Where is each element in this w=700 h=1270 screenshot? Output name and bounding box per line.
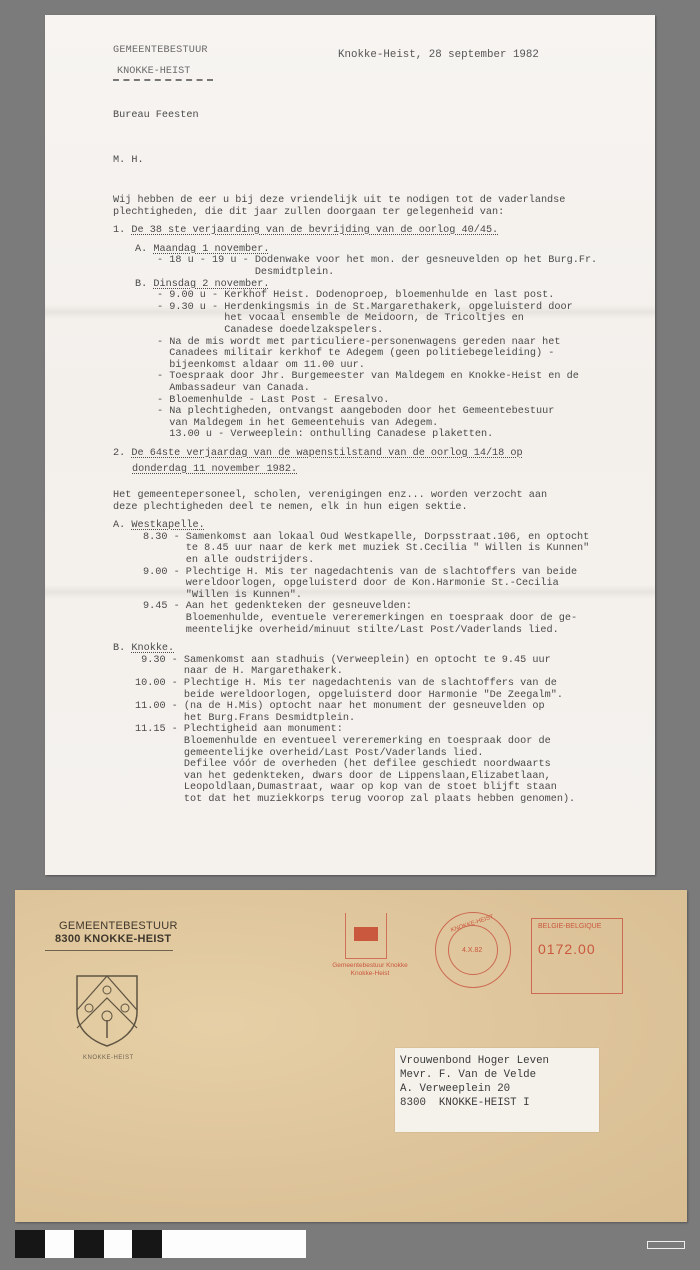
knokke-heading: B. Knokke.	[113, 643, 648, 655]
color-scale-black	[15, 1230, 45, 1258]
sender-rule	[45, 950, 173, 951]
envelope-sender: GEMEENTEBESTUUR 8300 KNOKKE-HEIST	[55, 920, 178, 946]
section-1-heading: 1. De 38 ste verjaarding van de bevrijdi…	[113, 225, 648, 237]
intro-paragraph: Wij hebben de eer u bij deze vriendelijk…	[113, 195, 648, 218]
text-line: van het gedenkteken, dwars door de Lippe…	[135, 771, 648, 783]
section-1-title: De 38 ste verjaarding van de bevrijding …	[131, 225, 498, 236]
color-scale-black	[74, 1230, 104, 1258]
part-b-lines: - 9.00 u - Kerkhof Heist. Dodenoproep, b…	[113, 290, 648, 441]
letterhead-city: KNOKKE-HEIST	[117, 66, 190, 78]
letter-body: Wij hebben de eer u bij deze vriendelijk…	[113, 195, 648, 806]
section-2-date: donderdag 11 november 1982.	[132, 464, 297, 475]
text-line: meentelijke overheid/minuut stilte/Last …	[143, 625, 648, 637]
text-line: Bloemenhulde en eventueel vereremerking …	[135, 736, 648, 748]
text-line: Canadese doedelzakspelers.	[157, 325, 648, 337]
text-line: Canadees militair kerkhof te Adegem (gee…	[157, 348, 648, 360]
text-line: 10.00 - Plechtige H. Mis ter nagedachten…	[135, 678, 648, 690]
address-label: Vrouwenbond Hoger Leven Mevr. F. Van de …	[395, 1048, 599, 1132]
text-line: Ambassadeur van Canada.	[157, 383, 648, 395]
text-line: Desmidtplein.	[157, 267, 648, 279]
text-line: beide wereldoorlogen, opgeluisterd door …	[135, 690, 648, 702]
text-line: Leopoldlaan,Dumastraat, waar op kop van …	[135, 782, 648, 794]
westkapelle-lines: 8.30 - Samenkomst aan lokaal Oud Westkap…	[113, 532, 648, 636]
crest-caption: KNOKKE-HEIST	[83, 1055, 134, 1061]
part-b-heading: B. Dinsdag 2 november.	[113, 279, 648, 291]
text-line: 9.00 - Plechtige H. Mis ter nagedachteni…	[143, 567, 648, 579]
text-line: te 8.45 uur naar de kerk met muziek St.C…	[143, 543, 648, 555]
text-line: "Willen is Kunnen".	[143, 590, 648, 602]
text-line: en alle oudstrijders.	[143, 555, 648, 567]
text-line: van Maldegem in het Gemeentehuis van Ade…	[157, 418, 648, 430]
color-scale-white	[104, 1230, 132, 1258]
letterhead-org: GEMEENTEBESTUUR	[113, 45, 208, 57]
salutation: M. H.	[113, 155, 144, 167]
franking-meter: BELGIE-BELGIQUE 0172.00	[531, 918, 623, 994]
text-line: 13.00 u - Verweeplein: onthulling Canade…	[157, 429, 648, 441]
text-line: 9.30 - Samenkomst aan stadhuis (Verweepl…	[135, 655, 648, 667]
text-line: 11.00 - (na de H.Mis) optocht naar het m…	[135, 701, 648, 713]
westkapelle-heading: A. Westkapelle.	[113, 520, 648, 532]
letter-page: GEMEENTEBESTUUR KNOKKE-HEIST Knokke-Heis…	[45, 15, 655, 875]
part-a-lines: - 18 u - 19 u - Dodenwake voor het mon. …	[113, 255, 648, 278]
coat-of-arms-icon	[73, 970, 141, 1050]
text-line: - 18 u - 19 u - Dodenwake voor het mon. …	[157, 255, 648, 267]
text-line: wereldoorlogen, opgeluisterd door de Kon…	[143, 578, 648, 590]
envelope: GEMEENTEBESTUUR 8300 KNOKKE-HEIST KNOKKE…	[15, 890, 687, 1222]
color-scale-white	[45, 1230, 74, 1258]
text-line: het Burg.Frans Desmidtplein.	[135, 713, 648, 725]
text-line: het vocaal ensemble de Meidoorn, de Tric…	[157, 313, 648, 325]
text-line: Bloemenhulde, eventuele vereremerkingen …	[143, 613, 648, 625]
sender-logo-icon	[345, 913, 387, 959]
text-line: 9.45 - Aan het gedenkteken der gesneuvel…	[143, 601, 648, 613]
text-line: gemeentelijke overheid/Last Post/Vaderla…	[135, 748, 648, 760]
color-scale-white	[162, 1230, 306, 1258]
department: Bureau Feesten	[113, 110, 199, 122]
color-scale-black	[132, 1230, 162, 1258]
text-line: - 9.30 u - Herdenkingsmis in de St.Marga…	[157, 302, 648, 314]
text-line: - 9.00 u - Kerkhof Heist. Dodenoproep, b…	[157, 290, 648, 302]
text-line: 11.15 - Plechtigheid aan monument:	[135, 724, 648, 736]
logo-text: Gemeentebestuur Knokke Knokke-Heist	[330, 962, 410, 978]
text-line: tot dat het muziekkorps terug voorop zal…	[135, 794, 648, 806]
letter-date: Knokke-Heist, 28 september 1982	[338, 50, 539, 62]
knokke-lines: 9.30 - Samenkomst aan stadhuis (Verweepl…	[113, 655, 648, 806]
text-line: - Na de mis wordt met particuliere-perso…	[157, 337, 648, 349]
text-line: - Toespraak door Jhr. Burgemeester van M…	[157, 371, 648, 383]
text-line: 8.30 - Samenkomst aan lokaal Oud Westkap…	[143, 532, 648, 544]
request-paragraph: Het gemeentepersoneel, scholen, verenigi…	[113, 490, 648, 513]
text-line: naar de H. Margarethakerk.	[135, 666, 648, 678]
part-a-heading: A. Maandag 1 november.	[113, 244, 648, 256]
letterhead-rule	[113, 79, 213, 81]
reference-tag	[647, 1241, 685, 1249]
text-line: bijeenkomst aldaar om 11.00 uur.	[157, 360, 648, 372]
text-line: - Na plechtigheden, ontvangst aangeboden…	[157, 406, 648, 418]
text-line: - Bloemenhulde - Last Post - Eresalvo.	[157, 395, 648, 407]
postmark-stamp: KNOKKE-HEIST 4.X.82	[435, 912, 511, 988]
text-line: Defilee vóór de overheden (het defilee g…	[135, 759, 648, 771]
section-2-heading: 2. De 64ste verjaardag van de wapenstils…	[113, 448, 648, 460]
